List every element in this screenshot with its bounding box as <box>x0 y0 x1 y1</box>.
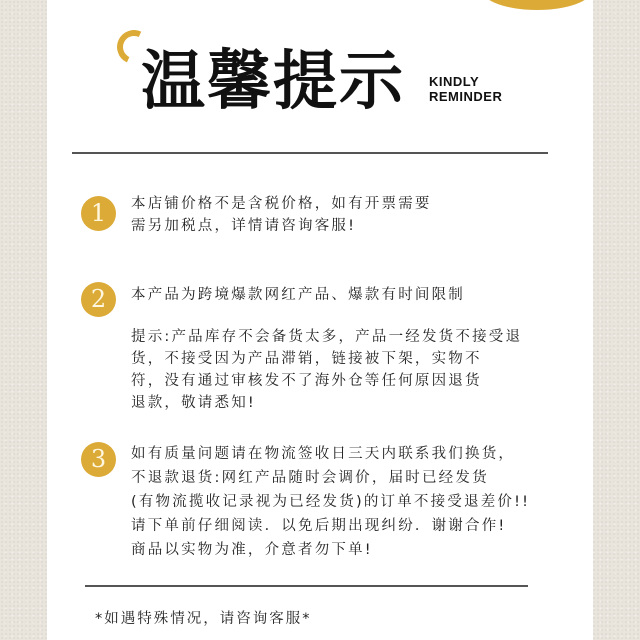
text-line: 如有质量问题请在物流签收日三天内联系我们换货， <box>131 442 530 466</box>
text-line: 请下单前仔细阅读．以免后期出现纠纷．谢谢合作! <box>131 514 530 538</box>
reminder-card: 温馨提示 KINDLY REMINDER 1 本店铺价格不是含税价格，如有开票需… <box>47 0 593 640</box>
text-heading: 本产品为跨境爆款网红产品、爆款有时间限制 <box>131 284 522 306</box>
subtitle-line-2: REMINDER <box>429 89 502 104</box>
number-badge: 1 <box>81 196 116 231</box>
text-line: 本店铺价格不是含税价格，如有开票需要 <box>131 193 432 215</box>
divider-bottom <box>85 585 528 587</box>
gold-badge <box>482 0 592 10</box>
text-line: 退款，敬请悉知! <box>131 392 522 414</box>
page-subtitle: KINDLY REMINDER <box>429 74 502 104</box>
number-badge: 3 <box>81 442 116 477</box>
notice-text: 如有质量问题请在物流签收日三天内联系我们换货， 不退款退货:网红产品随时会调价，… <box>131 442 530 562</box>
subtitle-line-1: KINDLY <box>429 74 502 89</box>
text-line: 货，不接受因为产品滞销，链接被下架，实物不 <box>131 348 522 370</box>
text-line: (有物流揽收记录视为已经发货)的订单不接受退差价!! <box>131 490 530 514</box>
page-title: 温馨提示 <box>141 42 405 122</box>
notice-text: 本产品为跨境爆款网红产品、爆款有时间限制 提示:产品库存不会备货太多，产品一经发… <box>131 284 522 414</box>
notice-text: 本店铺价格不是含税价格，如有开票需要 需另加税点，详情请咨询客服! <box>131 193 432 237</box>
text-line: 需另加税点，详情请咨询客服! <box>131 215 432 237</box>
text-line: 不退款退货:网红产品随时会调价，届时已经发货 <box>131 466 530 490</box>
number-badge: 2 <box>81 282 116 317</box>
divider-top <box>72 152 548 154</box>
text-line: 提示:产品库存不会备货太多，产品一经发货不接受退 <box>131 326 522 348</box>
text-line: 商品以实物为准，介意者勿下单! <box>131 538 530 562</box>
footer-note: *如遇特殊情况，请咨询客服* <box>95 607 312 628</box>
text-line: 符，没有通过审核发不了海外仓等任何原因退货 <box>131 370 522 392</box>
